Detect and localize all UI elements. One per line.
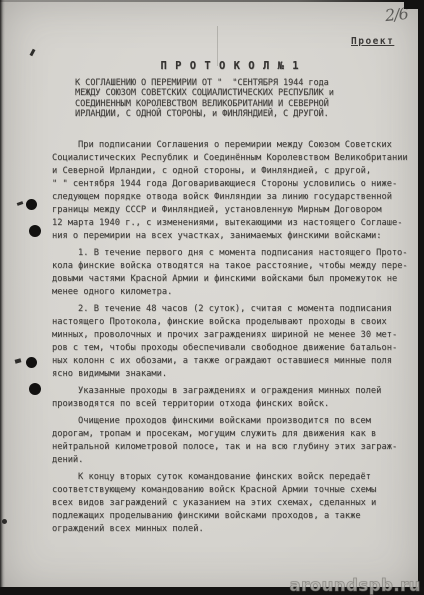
text-line: ИРЛАНДИИ, С ОДНОЙ СТОРОНЫ, и ФИНЛЯНДИЕЙ,… <box>75 109 334 119</box>
paragraph-preamble: При подписании Соглашения о перемирии ме… <box>52 139 418 243</box>
site-watermark: aroundspb.ru <box>289 576 421 595</box>
draft-label: Проект <box>351 36 394 47</box>
text-line: Очищение проходов финскими войсками прои… <box>52 415 418 428</box>
text-line: Указанные проходы в заграждениях и ограж… <box>52 385 418 398</box>
text-line: довыми частями Красной Армии и финскими … <box>52 273 418 286</box>
document-body: При подписании Соглашения о перемирии ме… <box>52 139 418 536</box>
text-line: кола финские войска отводятся на такое р… <box>52 260 418 273</box>
punch-hole-mark <box>26 357 37 368</box>
text-line: менее одного километра. <box>52 286 418 299</box>
text-line: дорогам, тропам и просекам, могущим служ… <box>52 428 418 441</box>
text-line: минных, проволочных и прочих заграждения… <box>52 329 418 342</box>
text-line: производятся по всей территории отхода ф… <box>52 398 418 411</box>
scan-edge-right <box>418 0 424 595</box>
text-line: границы между СССР и Финляндией, установ… <box>52 204 418 217</box>
text-line: всех видов заграждений с указанием на эт… <box>52 497 418 510</box>
text-line: При подписании Соглашения о перемирии ме… <box>52 139 418 152</box>
paragraph-item-2: 2. В течение 48 часов (2 суток), считая … <box>52 303 418 381</box>
text-line: МЕЖДУ СОЮЗОМ СОВЕТСКИХ СОЦИАЛИСТИЧЕСКИХ … <box>75 88 334 98</box>
scanned-document-page: 2/6 Проект П Р О Т О К О Л № 1 К СОГЛАШЕ… <box>0 0 424 595</box>
text-line: ограждений всех минных полей. <box>52 523 418 536</box>
text-line: СОЕДИНЕННЫМ КОРОЛЕВСТВОМ ВЕЛИКОБРИТАНИИ … <box>75 99 334 109</box>
text-line: ров с тем, чтобы проходы обеспечивали св… <box>52 342 418 355</box>
pencil-mark <box>30 49 36 57</box>
text-line: соответствующему командованию войск Крас… <box>52 484 418 497</box>
pencil-mark <box>17 201 24 206</box>
text-line: ния о перемирии на всех участках, занима… <box>52 230 418 243</box>
paragraph-item-1: 1. В течение первого дня с момента подпи… <box>52 247 418 299</box>
text-line: настоящего Протокола, финские войска про… <box>52 316 418 329</box>
text-line: 2. В течение 48 часов (2 суток), считая … <box>52 303 418 316</box>
punch-hole-mark <box>26 199 37 210</box>
text-line: " " сентября 1944 года Договаривающиеся … <box>52 178 418 191</box>
punch-hole-mark <box>29 225 41 237</box>
text-line: дений. <box>52 454 418 467</box>
scan-edge-left <box>0 0 5 595</box>
text-line: подлежащих проделыванию финскими войскам… <box>52 510 418 523</box>
document-subtitle: К СОГЛАШЕНИЮ О ПЕРЕМИРИИ ОТ " "СЕНТЯБРЯ … <box>75 78 334 120</box>
text-line: ных колонн с их обозами, а также огражда… <box>52 355 418 368</box>
paragraph-schemes-handover: К концу вторых суток командование фински… <box>52 471 418 536</box>
text-line: К СОГЛАШЕНИЮ О ПЕРЕМИРИИ ОТ " "СЕНТЯБРЯ … <box>75 78 334 88</box>
text-line: 12 марта 1940 г., с изменениями, вытекаю… <box>52 217 418 230</box>
text-line: следующем порядке отвода войск Финляндии… <box>52 191 418 204</box>
punch-hole-mark <box>29 383 41 395</box>
paragraph-passages-marking: Указанные проходы в заграждениях и ограж… <box>52 385 418 411</box>
pencil-mark <box>15 358 22 363</box>
paragraph-passages-clearing: Очищение проходов финскими войсками прои… <box>52 415 418 467</box>
document-title: П Р О Т О К О Л № 1 <box>56 60 404 72</box>
scan-corner-top-right <box>404 0 424 9</box>
text-line: 1. В течение первого дня с момента подпи… <box>52 247 418 260</box>
scan-edge-top <box>0 0 424 2</box>
text-line: ясно видимыми знаками. <box>52 368 418 381</box>
text-line: нейтральной километровой полосе, так и н… <box>52 441 418 454</box>
text-line: Социалистических Республик и Соединённым… <box>52 152 418 165</box>
text-line: и Северной Ирландии, с одной стороны, и … <box>52 165 418 178</box>
text-line: К концу вторых суток командование фински… <box>52 471 418 484</box>
